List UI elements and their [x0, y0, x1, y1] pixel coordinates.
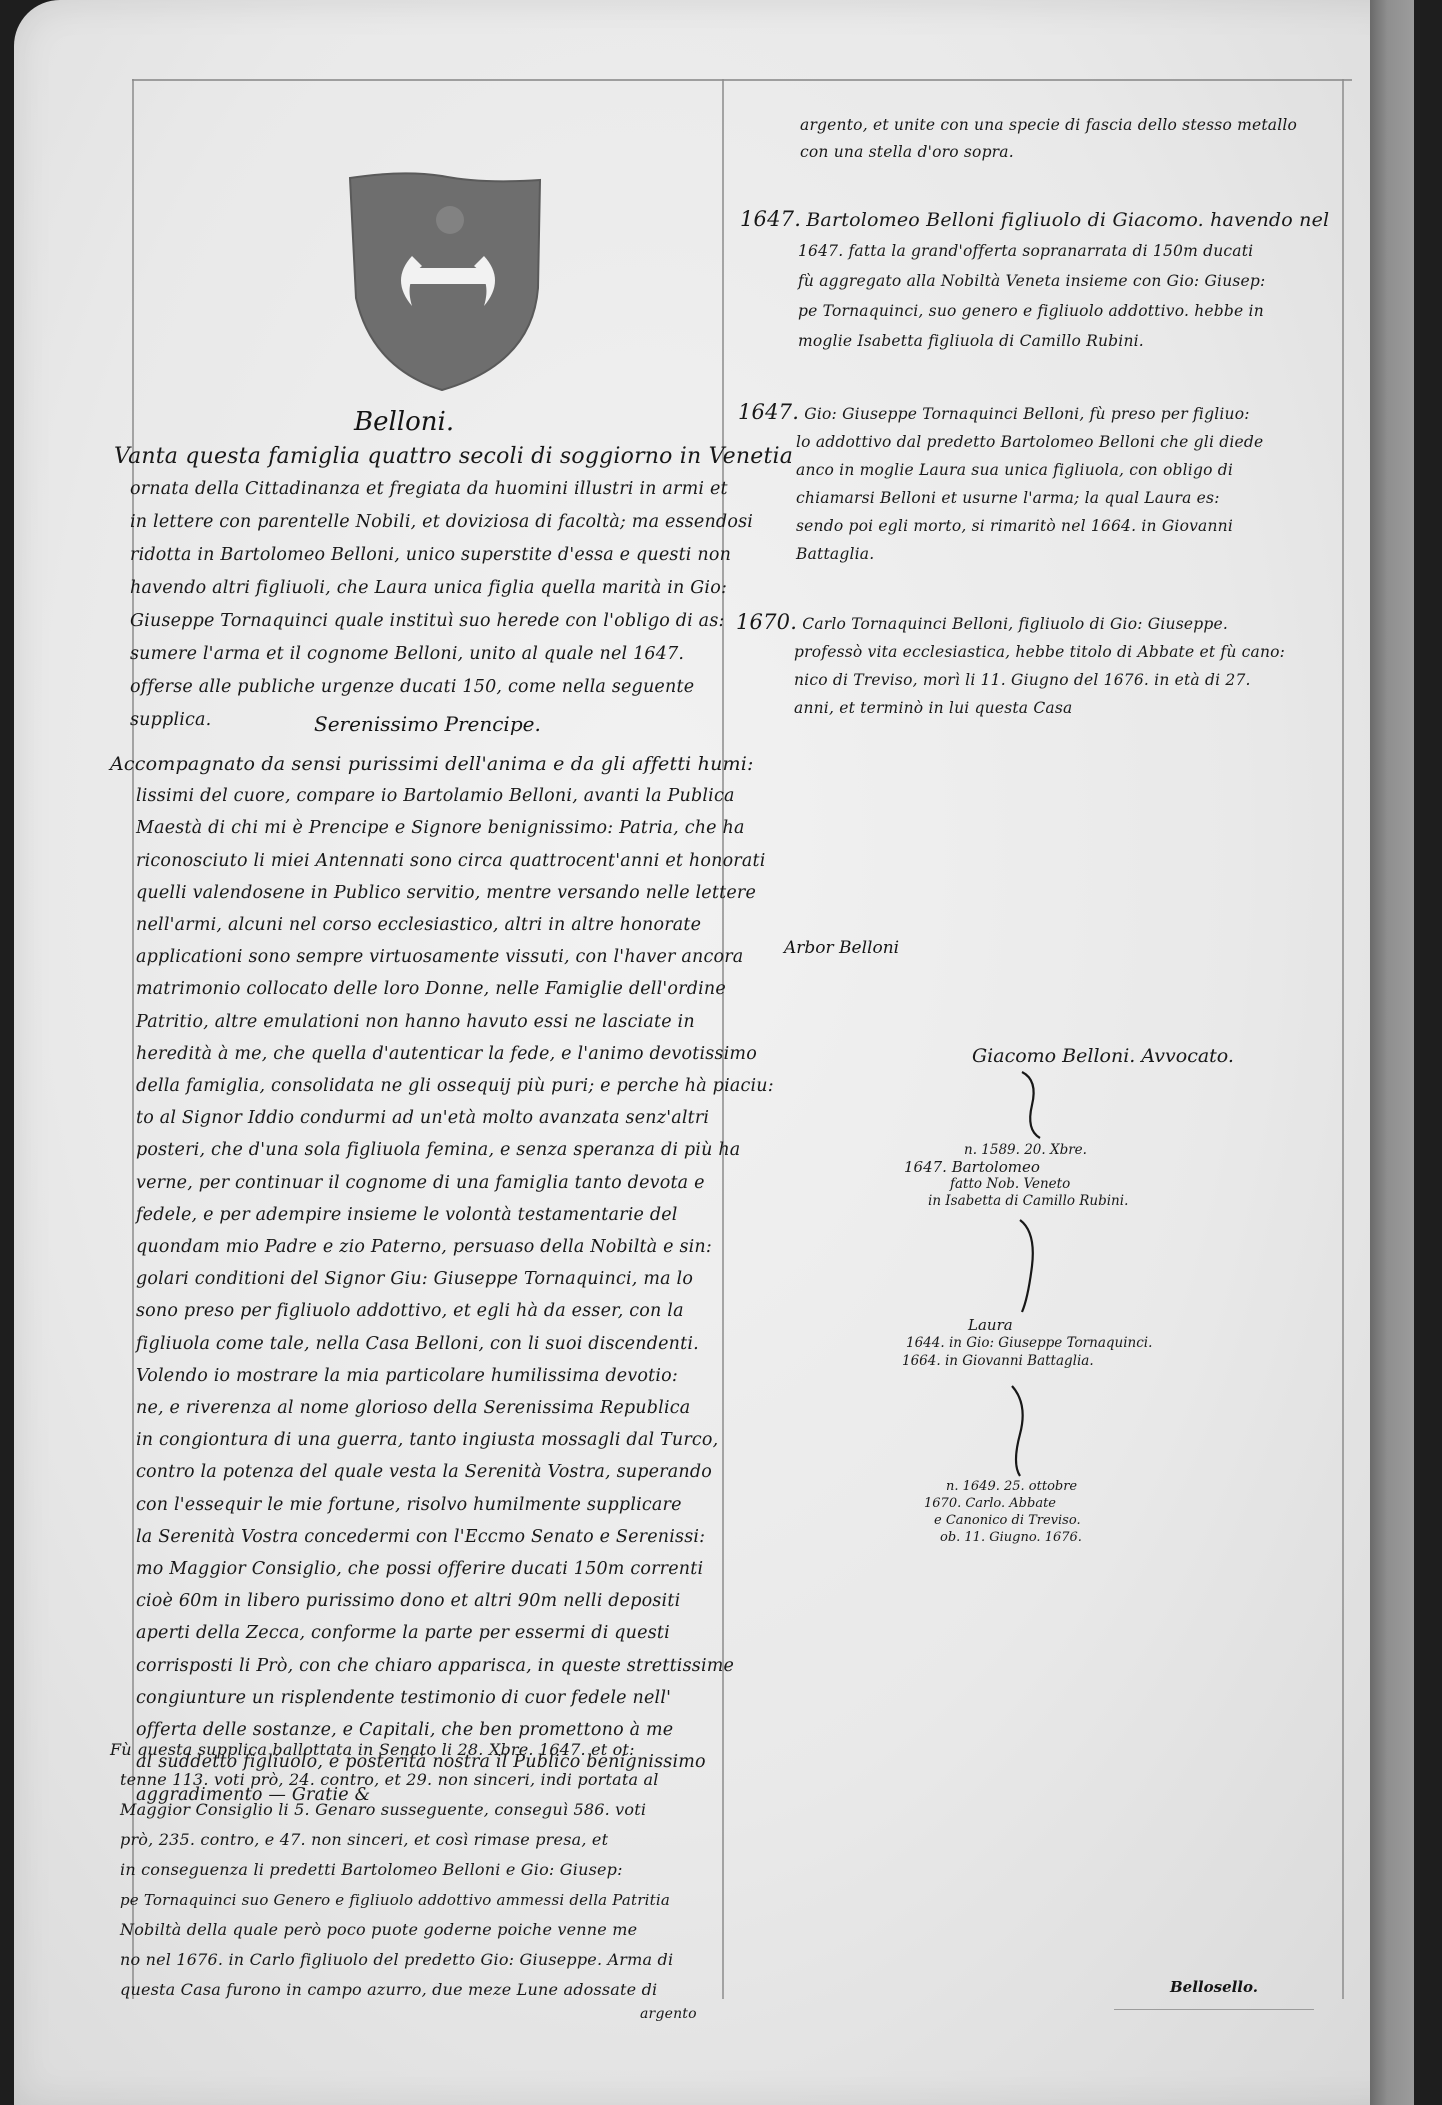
entry-line: Carlo Tornaquinci Belloni, figliuolo di …	[802, 615, 1228, 633]
result-line: Maggior Consiglio li 5. Genaro susseguen…	[110, 1795, 697, 1825]
supplica-line: quelli valendosene in Publico servitio, …	[110, 877, 774, 909]
entry-line: pe Tornaquinci, suo genero e figliuolo a…	[740, 296, 1329, 326]
supplica-line: to al Signor Iddio condurmi ad un'età mo…	[110, 1102, 774, 1134]
supplica-line: riconosciuto li miei Antennati sono circ…	[110, 845, 774, 877]
supplica-line: della famiglia, consolidata ne gli osseq…	[110, 1070, 774, 1102]
entry-line: nico di Treviso, morì li 11. Giugno del …	[736, 666, 1285, 694]
supplica-line: Accompagnato da sensi purissimi dell'ani…	[110, 748, 774, 780]
supplica-line: matrimonio collocato delle loro Donne, n…	[110, 973, 774, 1005]
tree-node-line: fatto Nob. Veneto	[904, 1176, 1128, 1193]
entry-line: chiamarsi Belloni et usurne l'arma; la q…	[738, 484, 1263, 512]
manuscript-page: Belloni. Vanta questa famiglia quattro s…	[14, 0, 1414, 2105]
intro-line: offerse alle publiche urgenze ducati 150…	[114, 671, 793, 704]
tree-node-line: n. 1649. 25. ottobre	[924, 1478, 1082, 1495]
bottom-rule	[1114, 2009, 1314, 2010]
supplica-line: ne, e riverenza al nome glorioso della S…	[110, 1392, 774, 1424]
supplica-text: Accompagnato da sensi purissimi dell'ani…	[110, 748, 774, 1811]
result-line: Nobiltà della quale però poco puote gode…	[110, 1915, 697, 1945]
tree-node-line: Laura	[902, 1316, 1152, 1334]
supplica-line: fedele, e per adempire insieme le volont…	[110, 1199, 774, 1231]
result-line: argento	[110, 2005, 697, 2023]
intro-line: Vanta questa famiglia quattro secoli di …	[114, 440, 793, 473]
coat-of-arms-shield-icon	[342, 168, 546, 392]
result-line: tenne 113. voti prò, 24. contro, et 29. …	[110, 1765, 697, 1795]
intro-line: ridotta in Bartolomeo Belloni, unico sup…	[114, 539, 793, 572]
entry-line: Gio: Giuseppe Tornaquinci Belloni, fù pr…	[804, 405, 1249, 423]
supplica-line: mo Maggior Consiglio, che possi offerire…	[110, 1553, 774, 1585]
page-binding-edge	[1370, 0, 1414, 2105]
supplica-line: corrisposti li Prò, con che chiaro appar…	[110, 1650, 774, 1682]
entry-line: fù aggregato alla Nobiltà Veneta insieme…	[740, 266, 1329, 296]
family-intro-text: Vanta questa famiglia quattro secoli di …	[114, 440, 793, 737]
supplica-line: Maestà di chi mi è Prencipe e Signore be…	[110, 812, 774, 844]
tree-node-laura: Laura 1644. in Gio: Giuseppe Tornaquinci…	[902, 1316, 1152, 1370]
entry-line: anco in moglie Laura sua unica figliuola…	[738, 456, 1263, 484]
supplica-line: sono preso per figliuolo addottivo, et e…	[110, 1295, 774, 1327]
entry-line: Bartolomeo Belloni figliuolo di Giacomo.…	[806, 209, 1329, 231]
supplica-line: quondam mio Padre e zio Paterno, persuas…	[110, 1231, 774, 1263]
tree-node-line: Giacomo Belloni. Avvocato.	[972, 1045, 1234, 1067]
tree-node-line: e Canonico di Treviso.	[924, 1512, 1082, 1529]
entry-line: professò vita ecclesiastica, hebbe titol…	[736, 638, 1285, 666]
tree-node-line: 1647. Bartolomeo	[904, 1159, 1128, 1176]
entry-line: 1647. fatta la grand'offerta sopranarrat…	[740, 236, 1329, 266]
tree-node-line: 1670. Carlo. Abbate	[924, 1495, 1082, 1512]
entry-line: moglie Isabetta figliuola di Camillo Rub…	[740, 326, 1329, 356]
tree-node-line: ob. 11. Giugno. 1676.	[924, 1529, 1082, 1546]
supplica-line: congiunture un risplendente testimonio d…	[110, 1682, 774, 1714]
family-name-heading: Belloni.	[354, 407, 454, 437]
supplica-line: verne, per continuar il cognome di una f…	[110, 1167, 774, 1199]
tree-connector-icon	[1004, 1384, 1034, 1478]
tree-connector-icon	[1016, 1070, 1046, 1140]
supplica-line: aperti della Zecca, conforme la parte pe…	[110, 1617, 774, 1649]
supplica-line: nell'armi, alcuni nel corso ecclesiastic…	[110, 909, 774, 941]
result-line: questa Casa furono in campo azurro, due …	[110, 1975, 697, 2005]
entry-year: 1647.	[738, 400, 799, 424]
supplica-line: lissimi del cuore, compare io Bartolamio…	[110, 780, 774, 812]
supplica-line: golari conditioni del Signor Giu: Giusep…	[110, 1263, 774, 1295]
tree-node-line: n. 1589. 20. Xbre.	[904, 1142, 1128, 1159]
result-line: no nel 1676. in Carlo figliuolo del pred…	[110, 1945, 697, 1975]
right-margin-rule	[1342, 79, 1344, 1999]
supplica-line: figliuola come tale, nella Casa Belloni,…	[110, 1328, 774, 1360]
result-line: pe Tornaquinci suo Genero e figliuolo ad…	[110, 1885, 697, 1915]
family-tree-heading: Arbor Belloni	[784, 938, 899, 958]
tree-node-carlo: n. 1649. 25. ottobre 1670. Carlo. Abbate…	[924, 1478, 1082, 1546]
supplica-line: Volendo io mostrare la mia particolare h…	[110, 1360, 774, 1392]
supplica-line: heredità à me, che quella d'autenticar l…	[110, 1038, 774, 1070]
supplica-line: applicationi sono sempre virtuosamente v…	[110, 941, 774, 973]
intro-line: Giuseppe Tornaquinci quale instituì suo …	[114, 605, 793, 638]
arms-line: con una stella d'oro sopra.	[800, 139, 1297, 166]
arms-line: argento, et unite con una specie di fasc…	[800, 112, 1297, 139]
intro-line: in lettere con parentelle Nobili, et dov…	[114, 506, 793, 539]
ballot-result-text: Fù questa supplica ballottata in Senato …	[110, 1735, 697, 2023]
result-line: prò, 235. contro, e 47. non sinceri, et …	[110, 1825, 697, 1855]
supplica-line: Patritio, altre emulationi non hanno hav…	[110, 1006, 774, 1038]
tree-node-line: 1644. in Gio: Giuseppe Tornaquinci.	[902, 1334, 1152, 1352]
tree-node-line: in Isabetta di Camillo Rubini.	[904, 1193, 1128, 1210]
entry-line: sendo poi egli morto, si rimaritò nel 16…	[738, 512, 1263, 540]
intro-line: havendo altri figliuoli, che Laura unica…	[114, 572, 793, 605]
result-line: in conseguenza li predetti Bartolomeo Be…	[110, 1855, 697, 1885]
tree-node-line: 1664. in Giovanni Battaglia.	[902, 1352, 1152, 1370]
supplica-heading: Serenissimo Prencipe.	[314, 712, 541, 736]
supplica-line: posteri, che d'una sola figliuola femina…	[110, 1134, 774, 1166]
result-line: Fù questa supplica ballottata in Senato …	[110, 1735, 697, 1765]
entry-bartolomeo: 1647. Bartolomeo Belloni figliuolo di Gi…	[740, 204, 1329, 356]
entry-line: anni, et terminò in lui questa Casa	[736, 694, 1285, 722]
entry-gio-giuseppe: 1647. Gio: Giuseppe Tornaquinci Belloni,…	[738, 398, 1263, 568]
top-rule	[132, 79, 1352, 81]
supplica-line: cioè 60m in libero purissimo dono et alt…	[110, 1585, 774, 1617]
tree-connector-icon	[1014, 1218, 1044, 1314]
supplica-line: con l'essequir le mie fortune, risolvo h…	[110, 1489, 774, 1521]
arms-continuation-text: argento, et unite con una specie di fasc…	[800, 112, 1297, 166]
entry-year: 1647.	[740, 207, 801, 231]
supplica-line: in congiontura di una guerra, tanto ingi…	[110, 1424, 774, 1456]
supplica-line: la Serenità Vostra concedermi con l'Eccm…	[110, 1521, 774, 1553]
intro-line: ornata della Cittadinanza et fregiata da…	[114, 473, 793, 506]
entry-line: lo addottivo dal predetto Bartolomeo Bel…	[738, 428, 1263, 456]
intro-line: sumere l'arma et il cognome Belloni, uni…	[114, 638, 793, 671]
entry-line: Battaglia.	[738, 540, 1263, 568]
signature: Bellosello.	[1170, 1978, 1258, 1996]
tree-node-giacomo: Giacomo Belloni. Avvocato.	[972, 1046, 1234, 1069]
entry-carlo: 1670. Carlo Tornaquinci Belloni, figliuo…	[736, 608, 1285, 722]
tree-node-bartolomeo: n. 1589. 20. Xbre. 1647. Bartolomeo fatt…	[904, 1142, 1128, 1210]
supplica-line: contro la potenza del quale vesta la Ser…	[110, 1456, 774, 1488]
entry-year: 1670.	[736, 610, 797, 634]
